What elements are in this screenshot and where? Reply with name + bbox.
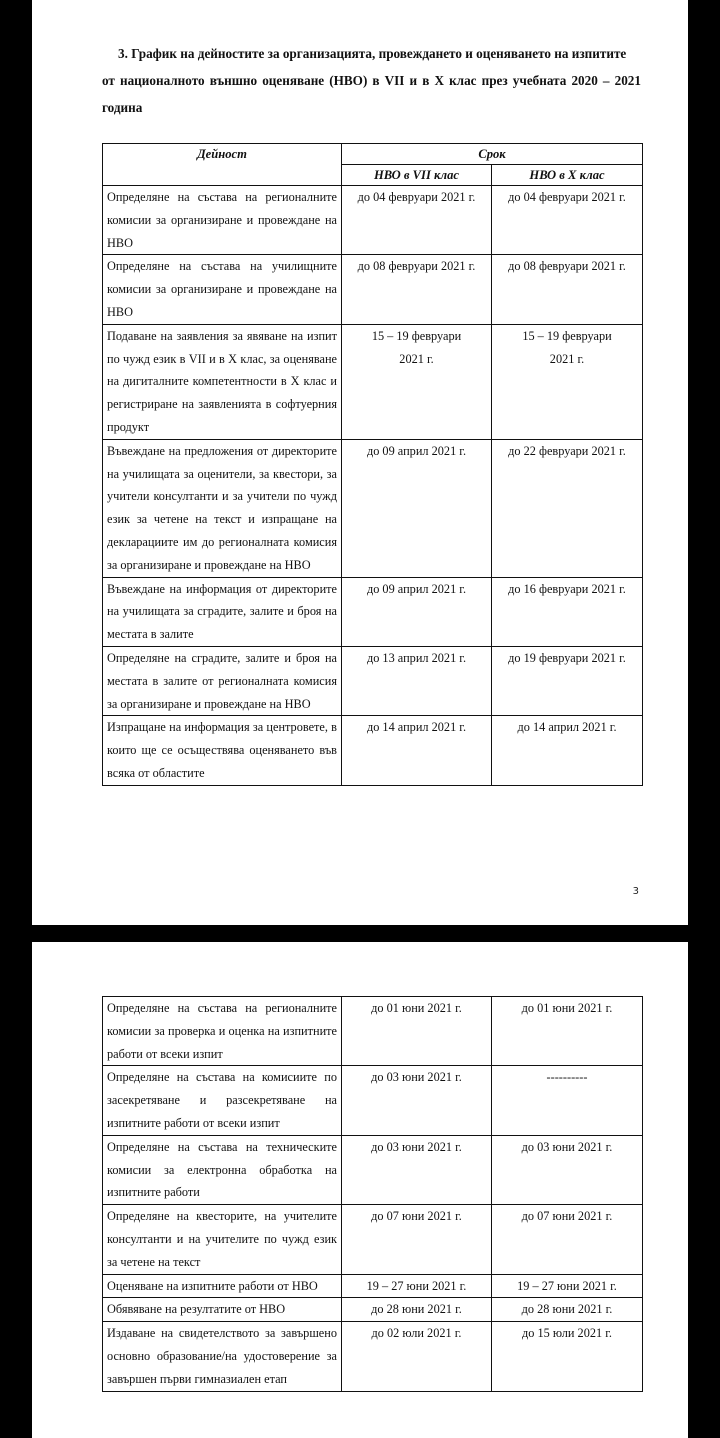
grade7-deadline: до 09 април 2021 г. bbox=[367, 440, 466, 463]
header-grade10: НВО в X клас bbox=[492, 165, 643, 186]
activity-cell: Определяне на състава на училищните коми… bbox=[103, 255, 342, 324]
table-row: Изпращане на информация за центровете, в… bbox=[103, 716, 643, 785]
heading-line-rest: от националното външно оценяване (НВО) в… bbox=[102, 67, 641, 121]
activity-cell: Обявяване на резултатите от НВО bbox=[103, 1298, 342, 1322]
table-row: Определяне на състава на регионалните ко… bbox=[103, 186, 643, 255]
activity-cell: Подаване на заявления за явяване на изпи… bbox=[103, 324, 342, 439]
table-row: Определяне на квесторите, на учителите к… bbox=[103, 1205, 643, 1274]
grade10-deadline: до 01 юни 2021 г. bbox=[522, 997, 613, 1020]
grade10-deadline: 19 – 27 юни 2021 г. bbox=[517, 1275, 617, 1298]
grade7-deadline-cell: до 09 април 2021 г. bbox=[342, 577, 492, 646]
header-grade7: НВО в VII клас bbox=[342, 165, 492, 186]
grade10-deadline: до 19 февруари 2021 г. bbox=[508, 647, 626, 670]
grade7-deadline-cell: до 14 април 2021 г. bbox=[342, 716, 492, 785]
grade7-deadline-cell: до 03 юни 2021 г. bbox=[342, 1066, 492, 1135]
table-header-row: Дейност Срок bbox=[103, 144, 643, 165]
activity-cell: Определяне на сградите, залите и броя на… bbox=[103, 646, 342, 715]
grade10-deadline: до 03 юни 2021 г. bbox=[522, 1136, 613, 1159]
grade7-deadline: до 08 февруари 2021 г. bbox=[358, 255, 476, 278]
grade7-deadline-cell: до 09 април 2021 г. bbox=[342, 439, 492, 577]
header-deadline: Срок bbox=[342, 144, 643, 165]
table-row: Определяне на състава на училищните коми… bbox=[103, 255, 643, 324]
activity-cell: Оценяване на изпитните работи от НВО bbox=[103, 1274, 342, 1298]
grade7-deadline-cell: до 28 юни 2021 г. bbox=[342, 1298, 492, 1322]
activity-cell: Определяне на състава на регионалните ко… bbox=[103, 997, 342, 1066]
activity-cell: Въвеждане на информация от директорите н… bbox=[103, 577, 342, 646]
activity-cell: Определяне на квесторите, на учителите к… bbox=[103, 1205, 342, 1274]
grade10-deadline-cell: до 28 юни 2021 г. bbox=[492, 1298, 643, 1322]
grade7-deadline-cell: до 08 февруари 2021 г. bbox=[342, 255, 492, 324]
grade10-deadline: до 16 февруари 2021 г. bbox=[508, 578, 626, 601]
grade10-deadline-cell: до 08 февруари 2021 г. bbox=[492, 255, 643, 324]
grade10-deadline-cell: до 16 февруари 2021 г. bbox=[492, 577, 643, 646]
activity-cell: Издаване на свидетелството за завършено … bbox=[103, 1322, 342, 1391]
grade7-deadline-cell: 19 – 27 юни 2021 г. bbox=[342, 1274, 492, 1298]
grade7-deadline: до 03 юни 2021 г. bbox=[371, 1136, 462, 1159]
grade10-deadline: до 04 февруари 2021 г. bbox=[508, 186, 626, 209]
document-page-3: 3. График на дейностите за организацията… bbox=[32, 0, 688, 925]
grade10-deadline-cell: до 03 юни 2021 г. bbox=[492, 1135, 643, 1204]
grade7-deadline: до 03 юни 2021 г. bbox=[371, 1066, 462, 1089]
page-number: 3 bbox=[633, 886, 639, 897]
grade7-deadline: до 28 юни 2021 г. bbox=[371, 1298, 462, 1321]
grade10-deadline: до 14 април 2021 г. bbox=[517, 716, 616, 739]
grade10-deadline-cell: до 19 февруари 2021 г. bbox=[492, 646, 643, 715]
activity-cell: Изпращане на информация за центровете, в… bbox=[103, 716, 342, 785]
activity-cell: Определяне на състава на комисиите по за… bbox=[103, 1066, 342, 1135]
schedule-table-part-1: Дейност Срок НВО в VII клас НВО в X клас… bbox=[102, 143, 643, 786]
table-row: Определяне на състава на комисиите по за… bbox=[103, 1066, 643, 1135]
grade10-deadline: ---------- bbox=[547, 1066, 588, 1089]
grade7-deadline-cell: 15 – 19 февруари 2021 г. bbox=[342, 324, 492, 439]
grade7-deadline-cell: до 04 февруари 2021 г. bbox=[342, 186, 492, 255]
grade10-deadline: до 28 юни 2021 г. bbox=[522, 1298, 613, 1321]
grade7-deadline: до 14 април 2021 г. bbox=[367, 716, 466, 739]
grade10-deadline-cell: ---------- bbox=[492, 1066, 643, 1135]
grade7-deadline: 15 – 19 февруари 2021 г. bbox=[365, 325, 469, 371]
grade7-deadline-cell: до 02 юли 2021 г. bbox=[342, 1322, 492, 1391]
table-row: Оценяване на изпитните работи от НВО19 –… bbox=[103, 1274, 643, 1298]
grade10-deadline-cell: 19 – 27 юни 2021 г. bbox=[492, 1274, 643, 1298]
grade7-deadline: до 01 юни 2021 г. bbox=[371, 997, 462, 1020]
table-row: Въвеждане на информация от директорите н… bbox=[103, 577, 643, 646]
grade10-deadline-cell: до 01 юни 2021 г. bbox=[492, 997, 643, 1066]
activity-cell: Определяне на състава на техническите ко… bbox=[103, 1135, 342, 1204]
activity-cell: Определяне на състава на регионалните ко… bbox=[103, 186, 342, 255]
activity-cell: Въвеждане на предложения от директорите … bbox=[103, 439, 342, 577]
grade10-deadline-cell: до 04 февруари 2021 г. bbox=[492, 186, 643, 255]
grade10-deadline: 15 – 19 февруари 2021 г. bbox=[515, 325, 619, 371]
grade10-deadline-cell: до 15 юли 2021 г. bbox=[492, 1322, 643, 1391]
grade10-deadline: до 07 юни 2021 г. bbox=[522, 1205, 613, 1228]
heading-line-1: 3. График на дейностите за организацията… bbox=[102, 40, 641, 67]
grade10-deadline-cell: до 22 февруари 2021 г. bbox=[492, 439, 643, 577]
table-row: Определяне на състава на регионалните ко… bbox=[103, 997, 643, 1066]
grade10-deadline-cell: до 07 юни 2021 г. bbox=[492, 1205, 643, 1274]
table-row: Издаване на свидетелството за завършено … bbox=[103, 1322, 643, 1391]
header-activity: Дейност bbox=[103, 144, 342, 186]
grade7-deadline-cell: до 07 юни 2021 г. bbox=[342, 1205, 492, 1274]
grade7-deadline: до 07 юни 2021 г. bbox=[371, 1205, 462, 1228]
grade7-deadline-cell: до 13 април 2021 г. bbox=[342, 646, 492, 715]
grade7-deadline: 19 – 27 юни 2021 г. bbox=[367, 1275, 467, 1298]
grade7-deadline: до 04 февруари 2021 г. bbox=[358, 186, 476, 209]
grade7-deadline-cell: до 03 юни 2021 г. bbox=[342, 1135, 492, 1204]
section-heading: 3. График на дейностите за организацията… bbox=[102, 40, 641, 121]
grade10-deadline: до 08 февруари 2021 г. bbox=[508, 255, 626, 278]
grade7-deadline: до 13 април 2021 г. bbox=[367, 647, 466, 670]
grade10-deadline-cell: 15 – 19 февруари 2021 г. bbox=[492, 324, 643, 439]
grade7-deadline: до 09 април 2021 г. bbox=[367, 578, 466, 601]
table-row: Определяне на сградите, залите и броя на… bbox=[103, 646, 643, 715]
grade7-deadline: до 02 юли 2021 г. bbox=[372, 1322, 462, 1345]
table-row: Определяне на състава на техническите ко… bbox=[103, 1135, 643, 1204]
table-row: Подаване на заявления за явяване на изпи… bbox=[103, 324, 643, 439]
table-row: Обявяване на резултатите от НВОдо 28 юни… bbox=[103, 1298, 643, 1322]
grade10-deadline: до 15 юли 2021 г. bbox=[522, 1322, 612, 1345]
grade10-deadline-cell: до 14 април 2021 г. bbox=[492, 716, 643, 785]
document-page-4: Определяне на състава на регионалните ко… bbox=[32, 942, 688, 1438]
grade7-deadline-cell: до 01 юни 2021 г. bbox=[342, 997, 492, 1066]
table-row: Въвеждане на предложения от директорите … bbox=[103, 439, 643, 577]
schedule-table-part-2: Определяне на състава на регионалните ко… bbox=[102, 996, 643, 1392]
grade10-deadline: до 22 февруари 2021 г. bbox=[508, 440, 626, 463]
